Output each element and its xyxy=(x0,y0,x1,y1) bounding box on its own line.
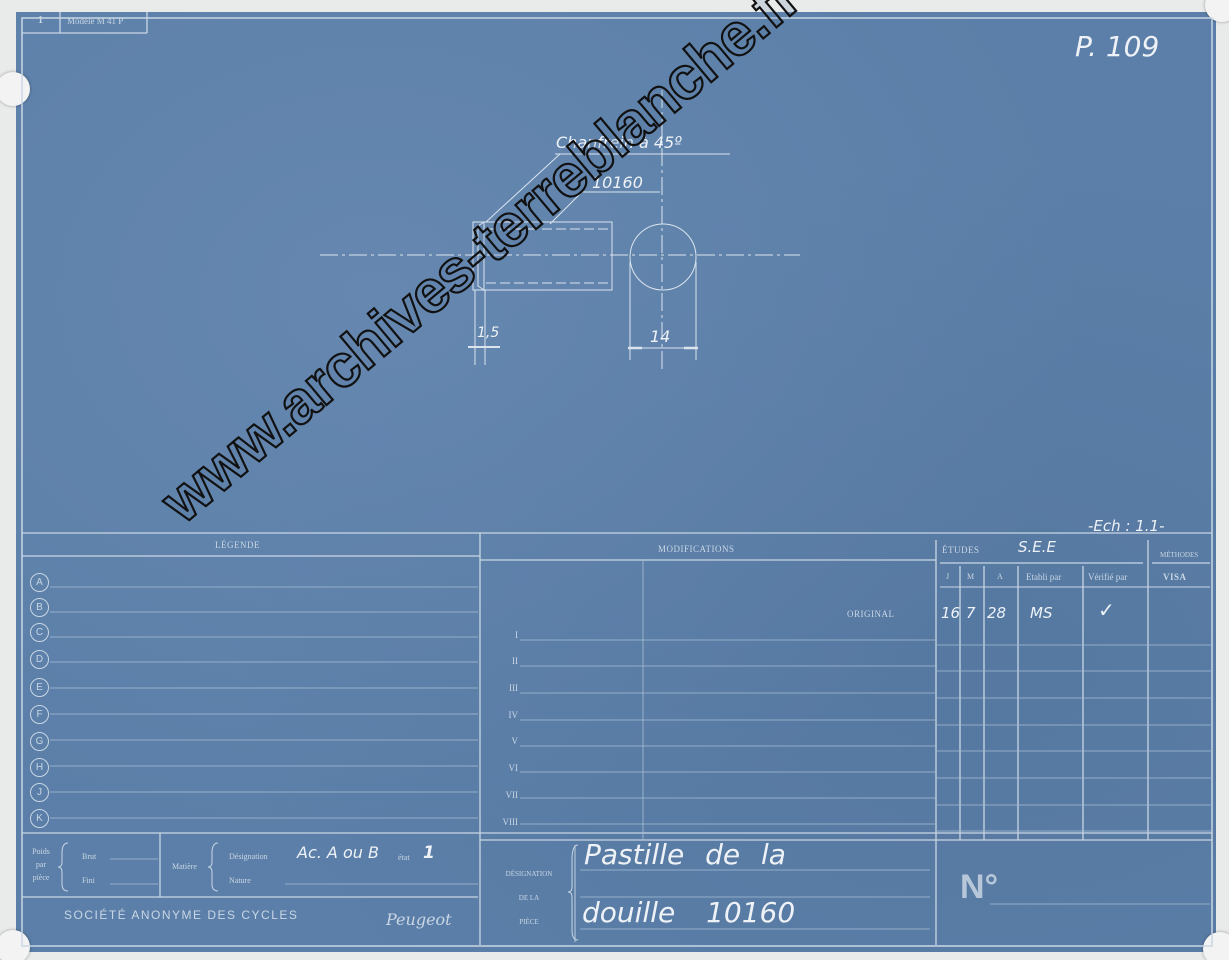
col-annee: A xyxy=(997,572,1003,581)
original-verifie-signature: ✓ xyxy=(1098,598,1115,622)
col-mois: M xyxy=(967,572,974,581)
poids-label-line1: Poids xyxy=(27,845,55,858)
etudes-service: S.E.E xyxy=(1018,538,1056,556)
poids-label-line3: pièce xyxy=(27,871,55,884)
modifications-title: MODIFICATIONS xyxy=(658,544,735,554)
legend-title: LÉGENDE xyxy=(215,540,260,550)
col-jour: J xyxy=(946,572,949,581)
designation-piece-label-line3: PIÈCE xyxy=(485,910,573,934)
col-verifie-par: Vérifié par xyxy=(1088,572,1127,582)
company-name: SOCIÉTÉ ANONYME DES CYCLES xyxy=(64,908,298,922)
thickness-dimension: 1,5 xyxy=(477,325,499,341)
designation-piece-label: DÉSIGNATION DE LA PIÈCE xyxy=(485,862,573,934)
original-jour: 16 xyxy=(941,604,960,622)
modification-row-i: I xyxy=(488,630,518,640)
legend-item-e: E xyxy=(30,678,49,697)
nature-label: Nature xyxy=(229,876,251,885)
legend-item-a: A xyxy=(30,573,49,592)
designation-label: Désignation xyxy=(229,852,268,861)
punch-hole-bottom-left xyxy=(0,930,30,960)
etat-value: 1 xyxy=(423,843,435,863)
poids-label: Poids par pièce xyxy=(27,845,55,884)
company-brand: Peugeot xyxy=(386,910,452,929)
etat-label: état xyxy=(398,853,410,862)
legend-item-b: B xyxy=(30,598,49,617)
diameter-dimension: 14 xyxy=(650,327,670,346)
legend-item-j: J xyxy=(30,783,49,802)
poids-brut-label: Brut xyxy=(82,852,96,861)
methodes-title: MÉTHODES xyxy=(1160,551,1198,559)
page-reference: P. 109 xyxy=(1075,30,1159,63)
poids-label-line2: par xyxy=(27,858,55,871)
modification-row-iii: III xyxy=(488,683,518,693)
modification-row-vii: VII xyxy=(488,790,518,800)
legend-item-k: K xyxy=(30,809,49,828)
original-annee: 28 xyxy=(987,604,1006,622)
punch-hole-bottom-right xyxy=(1203,932,1229,960)
visa-label: VISA xyxy=(1163,572,1187,582)
col-etabli-par: Etabli par xyxy=(1026,572,1061,582)
designation-piece-label-line1: DÉSIGNATION xyxy=(485,862,573,886)
part-name-line2: douille 10160 xyxy=(582,896,795,929)
designation-value: Ac. A ou B xyxy=(297,843,379,862)
legend-item-g: G xyxy=(30,732,49,751)
modification-row-iv: IV xyxy=(488,710,518,720)
modification-row-vi: VI xyxy=(488,763,518,773)
etudes-title: ÉTUDES xyxy=(942,545,980,555)
original-etabli-par: MS xyxy=(1030,604,1052,622)
modification-row-v: V xyxy=(488,736,518,746)
number-label: N° xyxy=(960,868,998,907)
modification-row-viii: VIII xyxy=(488,817,518,827)
poids-fini-label: Fini xyxy=(82,876,95,885)
legend-item-c: C xyxy=(30,623,49,642)
original-mois: 7 xyxy=(966,604,976,622)
legend-item-d: D xyxy=(30,650,49,669)
part-name-line1: Pastille de la xyxy=(584,838,786,871)
matiere-label: Matière xyxy=(172,862,197,871)
legend-item-h: H xyxy=(30,758,49,777)
legend-item-f: F xyxy=(30,705,49,724)
sheet-number: 1 xyxy=(38,15,43,26)
original-label: ORIGINAL xyxy=(847,609,895,619)
modification-row-ii: II xyxy=(488,656,518,666)
designation-piece-label-line2: DE LA xyxy=(485,886,573,910)
scale-label: -Ech : 1.1- xyxy=(1088,517,1165,535)
model-label: Modèle M 41 P xyxy=(67,16,123,26)
